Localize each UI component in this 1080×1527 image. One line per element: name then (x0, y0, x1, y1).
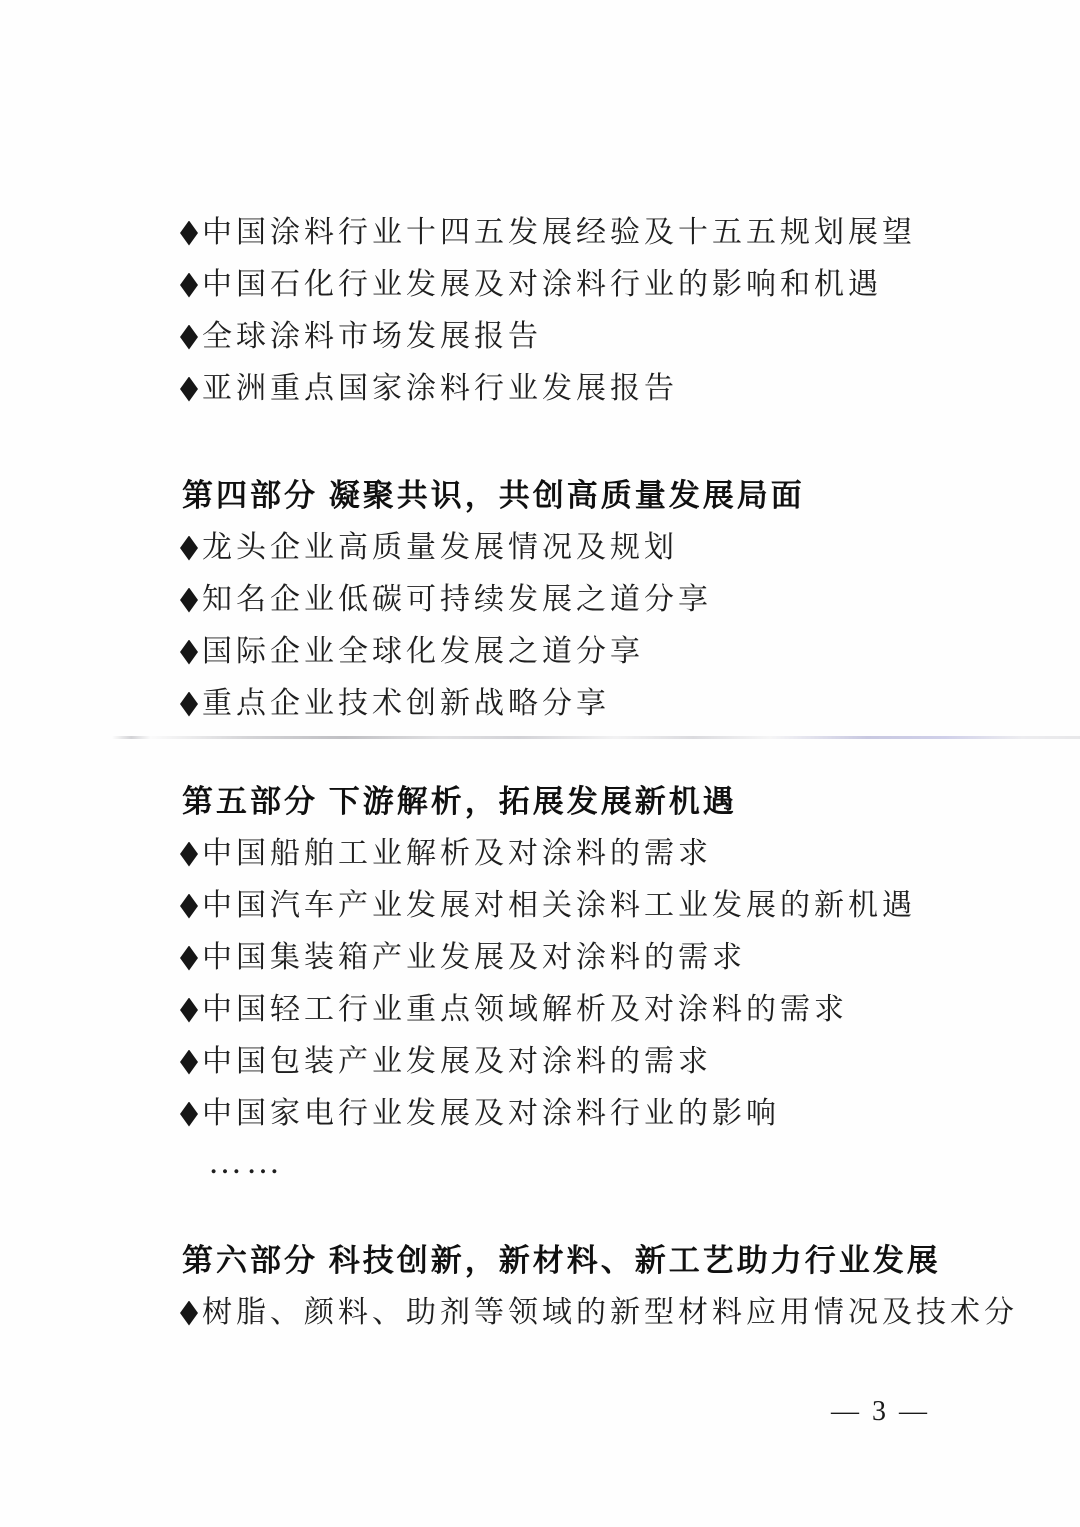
agenda-item-line: 中国集装箱产业发展及对涂料的需求 (180, 943, 746, 973)
page-number: — 3 — (831, 1396, 930, 1428)
agenda-item-line: 中国家电行业发展及对涂料行业的影响 (180, 1099, 780, 1129)
agenda-item-text: 中国集装箱产业发展及对涂料的需求 (202, 943, 746, 973)
agenda-item-text: 龙头企业高质量发展情况及规划 (202, 533, 678, 563)
diamond-bullet-icon (180, 894, 198, 919)
diamond-bullet-icon (180, 842, 198, 867)
agenda-item-line: 全球涂料市场发展报告 (180, 322, 542, 352)
diamond-bullet-icon (180, 536, 198, 561)
agenda-item-line: 龙头企业高质量发展情况及规划 (180, 533, 678, 563)
agenda-item-line: 中国包装产业发展及对涂料的需求 (180, 1047, 712, 1077)
page-content: 中国涂料行业十四五发展经验及十五五规划展望 中国石化行业发展及对涂料行业的影响和… (180, 218, 1020, 1350)
diamond-bullet-icon (180, 221, 198, 246)
agenda-item-line: 中国船舶工业解析及对涂料的需求 (180, 839, 712, 869)
diamond-bullet-icon (180, 692, 198, 717)
agenda-item-text: 亚洲重点国家涂料行业发展报告 (202, 374, 678, 404)
agenda-item-text: 中国包装产业发展及对涂料的需求 (202, 1047, 712, 1077)
agenda-item-text: 中国涂料行业十四五发展经验及十五五规划展望 (202, 218, 916, 248)
section-6-heading: 第六部分 科技创新，新材料、新工艺助力行业发展 (182, 1245, 941, 1276)
agenda-item-text: 中国家电行业发展及对涂料行业的影响 (202, 1099, 780, 1129)
continuation-ellipsis: …… (180, 1151, 284, 1181)
agenda-item-line: 中国汽车产业发展对相关涂料工业发展的新机遇 (180, 891, 916, 921)
agenda-item-line: 中国涂料行业十四五发展经验及十五五规划展望 (180, 218, 916, 248)
agenda-item-line: 国际企业全球化发展之道分享 (180, 637, 644, 667)
diamond-bullet-icon (180, 998, 198, 1023)
agenda-item-text: 中国轻工行业重点领域解析及对涂料的需求 (202, 995, 848, 1025)
agenda-item-line: 重点企业技术创新战略分享 (180, 689, 610, 719)
diamond-bullet-icon (180, 1050, 198, 1075)
diamond-bullet-icon (180, 640, 198, 665)
agenda-item-line: 树脂、颜料、助剂等领域的新型材料应用情况及技术分 (180, 1298, 1018, 1328)
document-page: 中国涂料行业十四五发展经验及十五五规划展望 中国石化行业发展及对涂料行业的影响和… (0, 0, 1080, 1527)
agenda-item-line: 知名企业低碳可持续发展之道分享 (180, 585, 712, 615)
agenda-item-text: 中国汽车产业发展对相关涂料工业发展的新机遇 (202, 891, 916, 921)
agenda-item-text: 知名企业低碳可持续发展之道分享 (202, 585, 712, 615)
agenda-item-line: 中国石化行业发展及对涂料行业的影响和机遇 (180, 270, 882, 300)
diamond-bullet-icon (180, 946, 198, 971)
agenda-item-text: 树脂、颜料、助剂等领域的新型材料应用情况及技术分 (202, 1298, 1018, 1328)
diamond-bullet-icon (180, 377, 198, 402)
diamond-bullet-icon (180, 588, 198, 613)
diamond-bullet-icon (180, 325, 198, 350)
section-4-heading: 第四部分 凝聚共识，共创高质量发展局面 (182, 480, 805, 511)
diamond-bullet-icon (180, 1301, 198, 1326)
agenda-item-text: 中国船舶工业解析及对涂料的需求 (202, 839, 712, 869)
agenda-item-text: 全球涂料市场发展报告 (202, 322, 542, 352)
diamond-bullet-icon (180, 273, 198, 298)
agenda-item-text: 重点企业技术创新战略分享 (202, 689, 610, 719)
section-5-heading: 第五部分 下游解析，拓展发展新机遇 (182, 786, 737, 817)
agenda-item-line: 中国轻工行业重点领域解析及对涂料的需求 (180, 995, 848, 1025)
scan-artifact-line (112, 736, 1080, 739)
agenda-item-text: 国际企业全球化发展之道分享 (202, 637, 644, 667)
diamond-bullet-icon (180, 1102, 198, 1127)
agenda-item-text: 中国石化行业发展及对涂料行业的影响和机遇 (202, 270, 882, 300)
agenda-item-line: 亚洲重点国家涂料行业发展报告 (180, 374, 678, 404)
